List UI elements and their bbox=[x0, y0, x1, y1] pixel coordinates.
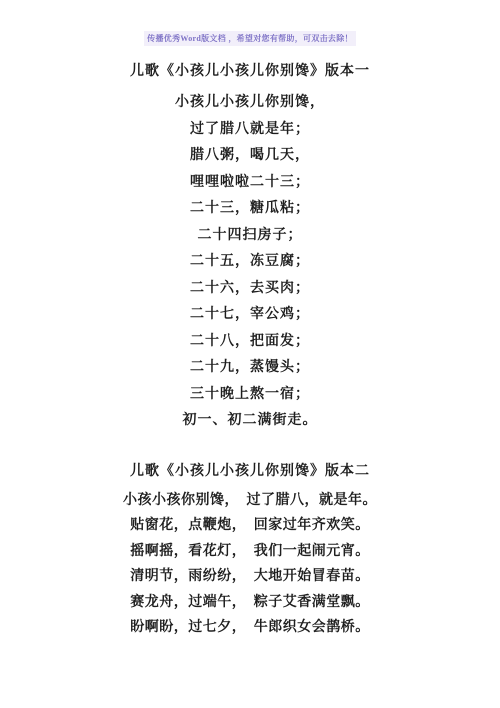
poem-line: 二十五，冻豆腐； bbox=[0, 249, 500, 276]
poem-version2: 小孩小孩你别馋， 过了腊八，就是年。 贴窗花，点鞭炮， 回家过年齐欢笑。 摇啊摇… bbox=[0, 488, 500, 641]
poem-line: 腊八粥，喝几天， bbox=[0, 143, 500, 170]
poem-line: 摇啊摇，看花灯， 我们一起闹元宵。 bbox=[0, 539, 500, 565]
section2-title: 儿歌《小孩儿小孩儿你别馋》版本二 bbox=[0, 463, 500, 481]
poem-line: 盼啊盼，过七夕， 牛郎织女会鹊桥。 bbox=[0, 615, 500, 641]
poem-version1: 小孩儿小孩儿你别馋， 过了腊八就是年； 腊八粥，喝几天， 哩哩啦啦二十三； 二十… bbox=[0, 90, 500, 435]
poem-line: 二十八，把面发； bbox=[0, 329, 500, 356]
promo-banner-row: 传播优秀Word版文档 ，希望对您有帮助，可双击去除！ bbox=[0, 0, 500, 46]
poem-line: 过了腊八就是年； bbox=[0, 117, 500, 144]
poem-line: 二十三，糖瓜粘； bbox=[0, 196, 500, 223]
promo-banner[interactable]: 传播优秀Word版文档 ，希望对您有帮助，可双击去除！ bbox=[144, 31, 356, 46]
poem-line: 赛龙舟，过端午， 粽子艾香满堂飘。 bbox=[0, 590, 500, 616]
poem-line: 贴窗花，点鞭炮， 回家过年齐欢笑。 bbox=[0, 513, 500, 539]
poem-line: 三十晚上熬一宿； bbox=[0, 382, 500, 409]
poem-line: 清明节，雨纷纷， 大地开始冒春苗。 bbox=[0, 564, 500, 590]
poem-line: 二十四扫房子； bbox=[0, 223, 500, 250]
poem-line: 二十七，宰公鸡； bbox=[0, 302, 500, 329]
document-page: 传播优秀Word版文档 ，希望对您有帮助，可双击去除！ 儿歌《小孩儿小孩儿你别馋… bbox=[0, 0, 500, 708]
poem-line: 小孩儿小孩儿你别馋， bbox=[0, 90, 500, 117]
poem-line: 哩哩啦啦二十三； bbox=[0, 170, 500, 197]
poem-line: 二十六，去买肉； bbox=[0, 276, 500, 303]
poem-line: 小孩小孩你别馋， 过了腊八，就是年。 bbox=[0, 488, 500, 514]
section1-title: 儿歌《小孩儿小孩儿你别馋》版本一 bbox=[0, 63, 500, 81]
poem-line: 二十九，蒸馒头； bbox=[0, 355, 500, 382]
poem-line: 初一、初二满街走。 bbox=[0, 408, 500, 435]
